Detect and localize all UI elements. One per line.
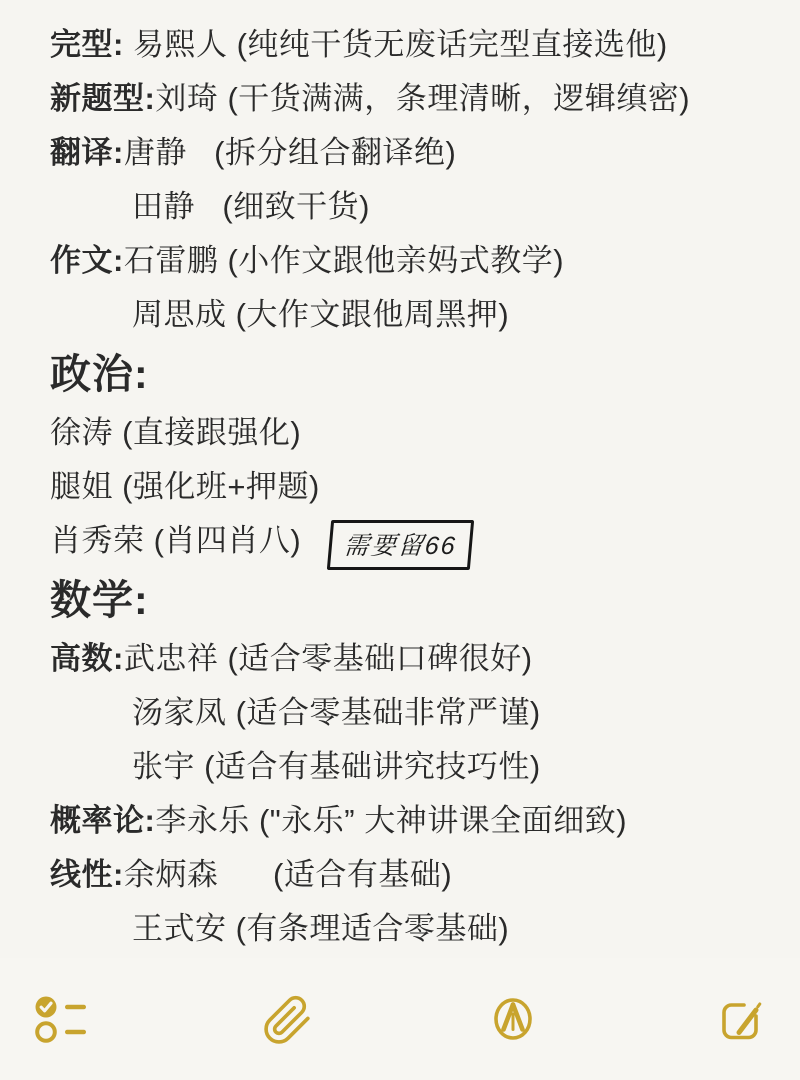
compose-icon: [712, 991, 768, 1047]
note-line-text: 腿姐 (强化班+押题): [50, 461, 320, 506]
note-line-text: 徐涛 (直接跟强化): [50, 407, 301, 452]
notes-app-screen: 完型: 易熙人 (纯纯干货无废话完型直接选他)新题型:刘琦 (干货满满，条理清晰…: [0, 0, 800, 1080]
note-line: 翻译:唐静 (拆分组合翻译绝): [50, 122, 782, 176]
note-line: 周思成 (大作文跟他周黑押): [50, 284, 782, 338]
stamp-box: 需要留66: [327, 520, 474, 570]
note-line: 高数:武忠祥 (适合零基础口碑很好): [50, 628, 782, 682]
note-line-label: 新题型:: [50, 73, 155, 118]
checklist-icon: [32, 991, 88, 1047]
section-heading: 政治:: [50, 338, 782, 402]
note-line-label: 线性:: [50, 849, 124, 894]
note-line-label: 完型:: [50, 19, 124, 64]
note-line: 新题型:刘琦 (干货满满，条理清晰，逻辑缜密): [50, 68, 782, 122]
note-line-text: 张宇 (适合有基础讲究技巧性): [132, 741, 541, 786]
note-line: 徐涛 (直接跟强化): [50, 402, 782, 456]
note-line: 概率论:李永乐 ("永乐” 大神讲课全面细致): [50, 790, 782, 844]
compose-button[interactable]: [712, 991, 768, 1047]
note-line-text: 李永乐 ("永乐” 大神讲课全面细致): [155, 795, 627, 840]
note-line-text: 汤家凤 (适合零基础非常严谨): [132, 687, 541, 732]
note-line-label: 翻译:: [50, 127, 124, 172]
markup-icon: [485, 991, 541, 1047]
note-line: 田静 (细致干货): [50, 176, 782, 230]
note-line-text: 肖秀荣 (肖四肖八): [50, 515, 301, 560]
note-line-text: 田静 (细致干货): [132, 181, 370, 226]
note-line-text: 易熙人 (纯纯干货无废话完型直接选他): [124, 19, 668, 64]
note-line: 肖秀荣 (肖四肖八)需要留66: [50, 510, 782, 564]
note-line-text: 周思成 (大作文跟他周黑押): [132, 289, 509, 334]
note-line: 作文:石雷鹏 (小作文跟他亲妈式教学): [50, 230, 782, 284]
note-line: 汤家凤 (适合零基础非常严谨): [50, 682, 782, 736]
checklist-button[interactable]: [32, 991, 88, 1047]
note-line-label: 作文:: [50, 235, 124, 280]
note-line-text: 余炳森 (适合有基础): [124, 849, 452, 894]
bottom-toolbar: [0, 958, 800, 1080]
note-line: 线性:余炳森 (适合有基础): [50, 844, 782, 898]
note-line: 腿姐 (强化班+押题): [50, 456, 782, 510]
attachment-button[interactable]: [259, 991, 315, 1047]
note-line: 张宇 (适合有基础讲究技巧性): [50, 736, 782, 790]
note-line-text: 石雷鹏 (小作文跟他亲妈式教学): [124, 235, 564, 280]
note-line: 王式安 (有条理适合零基础): [50, 898, 782, 952]
note-line-text: 王式安 (有条理适合零基础): [132, 903, 509, 948]
note-line-label: 概率论:: [50, 795, 155, 840]
note-content: 完型: 易熙人 (纯纯干货无废话完型直接选他)新题型:刘琦 (干货满满，条理清晰…: [0, 0, 800, 958]
section-heading: 数学:: [50, 564, 782, 628]
note-line: 完型: 易熙人 (纯纯干货无废话完型直接选他): [50, 14, 782, 68]
markup-button[interactable]: [485, 991, 541, 1047]
paperclip-icon: [259, 991, 315, 1047]
note-line-text: 武忠祥 (适合零基础口碑很好): [124, 633, 533, 678]
note-line-text: 刘琦 (干货满满，条理清晰，逻辑缜密): [155, 73, 690, 118]
note-line-text: 唐静 (拆分组合翻译绝): [124, 127, 456, 172]
note-line-label: 数学:: [50, 567, 149, 626]
note-line-label: 高数:: [50, 633, 124, 678]
note-line-label: 政治:: [50, 341, 149, 400]
